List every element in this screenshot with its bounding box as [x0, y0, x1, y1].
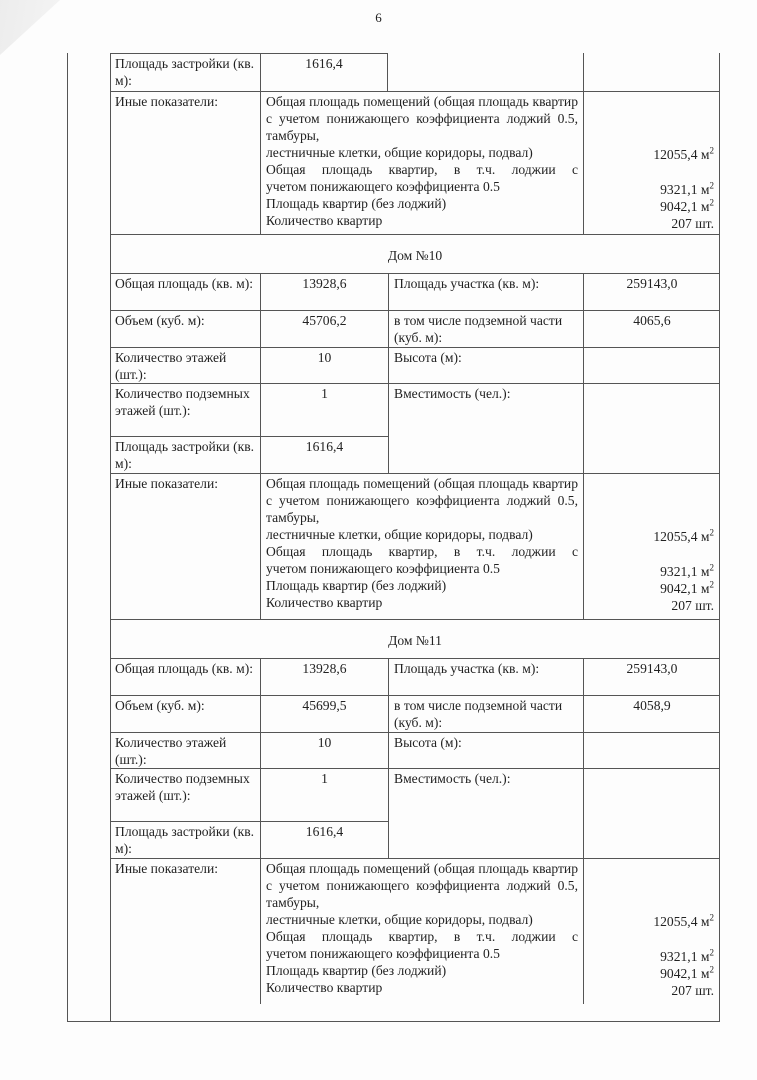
value-floors: 10 [260, 732, 388, 768]
value-capacity [583, 383, 720, 473]
indicator-line: Общая площадь помещений (общая площадь к… [266, 93, 578, 144]
label-underground-floors: Количество подземных этажей (шт.): [110, 383, 260, 436]
scan-shadow [0, 0, 70, 1080]
value-floors: 10 [260, 347, 388, 383]
value-premises-area: 12055,4 м2 [653, 914, 714, 930]
label-height: Высота (м): [388, 732, 583, 768]
row-volume: Объем (куб. м): 45706,2 в том числе подз… [110, 310, 720, 347]
value-building-area: 1616,4 [260, 436, 388, 473]
label-underground-floors: Количество подземных этажей (шт.): [110, 768, 260, 821]
row-building-area-top: Площадь застройки (кв. м): 1616,4 [110, 53, 720, 91]
label-capacity: Вместимость (чел.): [388, 768, 583, 858]
label-underground-volume: в том числе подземной части (куб. м): [388, 695, 583, 732]
value-premises-area: 12055,4 м2 [653, 529, 714, 545]
value-apartments-count: 207 шт. [671, 598, 714, 614]
label-other-indicators: Иные показатели: [110, 473, 260, 619]
label-plot-area: Площадь участка (кв. м): [388, 658, 583, 695]
row-floors: Количество этажей (шт.): 10 Высота (м): [110, 732, 720, 768]
indicators-text: Общая площадь помещений (общая площадь к… [260, 91, 583, 234]
value-height [583, 732, 720, 768]
value-apartments-area: 9042,1 м2 [660, 199, 714, 215]
value-underground-floors: 1 [260, 383, 388, 436]
indicator-line: учетом понижающего коэффициента 0.5 [266, 560, 578, 577]
indicator-line: Количество квартир [266, 212, 578, 229]
indicator-values: 12055,4 м2 9321,1 м2 9042,1 м2 207 шт. [583, 473, 720, 619]
indicator-line: Площадь квартир (без лоджий) [266, 195, 578, 212]
value-underground-volume: 4058,9 [583, 695, 720, 732]
indicator-line: Количество квартир [266, 979, 578, 996]
row-floors: Количество этажей (шт.): 10 Высота (м): [110, 347, 720, 383]
value-apartments-count: 207 шт. [671, 216, 714, 232]
value-apartments-area-loggias: 9321,1 м2 [660, 949, 714, 965]
value-plot-area: 259143,0 [583, 658, 720, 695]
house-title: Дом №10 [110, 234, 720, 273]
label-total-area: Общая площадь (кв. м): [110, 273, 260, 310]
label-floors: Количество этажей (шт.): [110, 732, 260, 768]
label-underground-volume: в том числе подземной части (куб. м): [388, 310, 583, 347]
empty-cell [583, 53, 720, 91]
house-title: Дом №11 [110, 619, 720, 658]
indicators-text: Общая площадь помещений (общая площадь к… [260, 858, 583, 1004]
row-total-area: Общая площадь (кв. м): 13928,6 Площадь у… [110, 658, 720, 695]
label-building-area: Площадь застройки (кв. м): [110, 821, 260, 858]
house-title-row: Дом №11 [110, 619, 720, 658]
page-number: 6 [0, 10, 757, 26]
indicator-line: лестничные клетки, общие коридоры, подва… [266, 144, 578, 161]
row-other-indicators: Иные показатели: Общая площадь помещений… [110, 858, 720, 1004]
label-other-indicators: Иные показатели: [110, 91, 260, 234]
indicator-line: Общая площадь помещений (общая площадь к… [266, 860, 578, 911]
label-floors: Количество этажей (шт.): [110, 347, 260, 383]
indicator-line: Общая площадь помещений (общая площадь к… [266, 475, 578, 526]
row-volume: Объем (куб. м): 45699,5 в том числе подз… [110, 695, 720, 732]
label-volume: Объем (куб. м): [110, 695, 260, 732]
value-building-area: 1616,4 [260, 53, 388, 91]
label-volume: Объем (куб. м): [110, 310, 260, 347]
value-total-area: 13928,6 [260, 273, 388, 310]
indicators-text: Общая площадь помещений (общая площадь к… [260, 473, 583, 619]
row-total-area: Общая площадь (кв. м): 13928,6 Площадь у… [110, 273, 720, 310]
house-title-row: Дом №10 [110, 234, 720, 273]
label-plot-area: Площадь участка (кв. м): [388, 273, 583, 310]
indicator-line: лестничные клетки, общие коридоры, подва… [266, 911, 578, 928]
value-underground-floors: 1 [260, 768, 388, 821]
indicator-line: Площадь квартир (без лоджий) [266, 962, 578, 979]
value-apartments-area: 9042,1 м2 [660, 966, 714, 982]
row-underground-floors: Количество подземных этажей (шт.): 1 Пло… [110, 768, 720, 858]
value-volume: 45699,5 [260, 695, 388, 732]
indicator-line: Количество квартир [266, 594, 578, 611]
value-premises-area: 12055,4 м2 [653, 147, 714, 163]
row-underground-floors: Количество подземных этажей (шт.): 1 Пло… [110, 383, 720, 473]
value-building-area: 1616,4 [260, 821, 388, 858]
indicator-line: Общая площадь квартир, в т.ч. лоджии с [266, 928, 578, 945]
label-building-area: Площадь застройки (кв. м): [110, 436, 260, 473]
value-total-area: 13928,6 [260, 658, 388, 695]
row-other-indicators-top: Иные показатели: Общая площадь помещений… [110, 91, 720, 234]
row-other-indicators: Иные показатели: Общая площадь помещений… [110, 473, 720, 619]
value-apartments-count: 207 шт. [671, 983, 714, 999]
label-total-area: Общая площадь (кв. м): [110, 658, 260, 695]
value-height [583, 347, 720, 383]
value-apartments-area: 9042,1 м2 [660, 581, 714, 597]
label-height: Высота (м): [388, 347, 583, 383]
value-volume: 45706,2 [260, 310, 388, 347]
label-other-indicators: Иные показатели: [110, 858, 260, 1004]
label-capacity: Вместимость (чел.): [388, 383, 583, 473]
value-plot-area: 259143,0 [583, 273, 720, 310]
indicator-values: 12055,4 м2 9321,1 м2 9042,1 м2 207 шт. [583, 858, 720, 1004]
indicator-line: лестничные клетки, общие коридоры, подва… [266, 526, 578, 543]
indicator-line: Общая площадь квартир, в т.ч. лоджии с [266, 543, 578, 560]
indicator-line: Площадь квартир (без лоджий) [266, 577, 578, 594]
value-apartments-area-loggias: 9321,1 м2 [660, 182, 714, 198]
indicator-line: Общая площадь квартир, в т.ч. лоджии с [266, 161, 578, 178]
indicator-values: 12055,4 м2 9321,1 м2 9042,1 м2 207 шт. [583, 91, 720, 234]
indicator-line: учетом понижающего коэффициента 0.5 [266, 945, 578, 962]
value-apartments-area-loggias: 9321,1 м2 [660, 564, 714, 580]
indicator-line: учетом понижающего коэффициента 0.5 [266, 178, 578, 195]
label-building-area: Площадь застройки (кв. м): [110, 53, 260, 91]
value-underground-volume: 4065,6 [583, 310, 720, 347]
value-capacity [583, 768, 720, 858]
